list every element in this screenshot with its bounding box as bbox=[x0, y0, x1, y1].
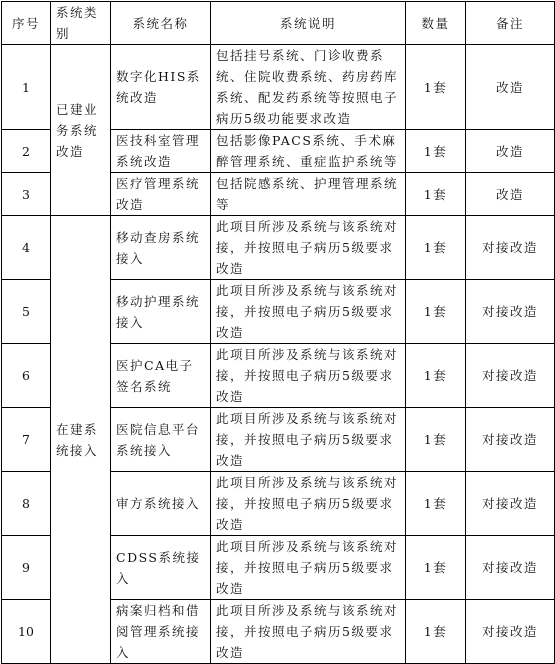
seq-cell: 6 bbox=[2, 344, 51, 408]
header-seq: 序号 bbox=[2, 2, 51, 45]
systems-table: 序号 系统类别 系统名称 系统说明 数量 备注 1 已建业务系统改造 数字化HI… bbox=[1, 1, 555, 655]
seq-cell: 1 bbox=[2, 45, 51, 130]
category-cell: 已建业务系统改造 bbox=[51, 45, 111, 216]
desc-cell: 此项目所涉及系统与该系统对接，并按照电子病历5级要求改造 bbox=[211, 216, 406, 280]
desc-cell: 此项目所涉及系统与该系统对接，并按照电子病历5级要求改造 bbox=[211, 344, 406, 408]
seq-cell: 8 bbox=[2, 472, 51, 536]
name-cell: 审方系统接入 bbox=[111, 472, 211, 536]
seq-cell: 4 bbox=[2, 216, 51, 280]
seq-cell: 10 bbox=[2, 600, 51, 656]
desc-cell: 包括挂号系统、门诊收费系统、住院收费系统、药房药库系统、配发药系统等按照电子病历… bbox=[211, 45, 406, 130]
seq-cell: 9 bbox=[2, 536, 51, 600]
name-cell: 医疗管理系统改造 bbox=[111, 173, 211, 216]
header-row: 序号 系统类别 系统名称 系统说明 数量 备注 bbox=[2, 2, 555, 45]
seq-cell: 2 bbox=[2, 130, 51, 173]
note-cell: 对接改造 bbox=[466, 280, 555, 344]
qty-cell: 1套 bbox=[406, 344, 466, 408]
name-cell: 数字化HIS系统改造 bbox=[111, 45, 211, 130]
name-cell: 医护CA电子签名系统 bbox=[111, 344, 211, 408]
note-cell: 改造 bbox=[466, 173, 555, 216]
header-category: 系统类别 bbox=[51, 2, 111, 45]
seq-cell: 3 bbox=[2, 173, 51, 216]
header-name: 系统名称 bbox=[111, 2, 211, 45]
qty-cell: 1套 bbox=[406, 536, 466, 600]
name-cell: 移动护理系统接入 bbox=[111, 280, 211, 344]
name-cell: CDSS系统接入 bbox=[111, 536, 211, 600]
name-cell: 病案归档和借阅管理系统接入 bbox=[111, 600, 211, 656]
note-cell: 对接改造 bbox=[466, 344, 555, 408]
note-cell: 对接改造 bbox=[466, 216, 555, 280]
desc-cell: 包括院感系统、护理管理系统等 bbox=[211, 173, 406, 216]
header-desc: 系统说明 bbox=[211, 2, 406, 45]
seq-cell: 5 bbox=[2, 280, 51, 344]
note-cell: 对接改造 bbox=[466, 408, 555, 472]
desc-cell: 此项目所涉及系统与该系统对接，并按照电子病历5级要求改造 bbox=[211, 408, 406, 472]
qty-cell: 1套 bbox=[406, 45, 466, 130]
qty-cell: 1套 bbox=[406, 280, 466, 344]
desc-cell: 此项目所涉及系统与该系统对接，并按照电子病历5级要求改造 bbox=[211, 280, 406, 344]
note-cell: 对接改造 bbox=[466, 600, 555, 656]
name-cell: 医技科室管理系统改造 bbox=[111, 130, 211, 173]
table-row: 4 在建系统接入 移动查房系统接入 此项目所涉及系统与该系统对接，并按照电子病历… bbox=[2, 216, 555, 280]
qty-cell: 1套 bbox=[406, 408, 466, 472]
category-cell: 在建系统接入 bbox=[51, 216, 111, 656]
header-qty: 数量 bbox=[406, 2, 466, 45]
qty-cell: 1套 bbox=[406, 216, 466, 280]
desc-cell: 此项目所涉及系统与该系统对接，并按照电子病历5级要求改造 bbox=[211, 600, 406, 656]
desc-cell: 此项目所涉及系统与该系统对接，并按照电子病历5级要求改造 bbox=[211, 472, 406, 536]
note-cell: 改造 bbox=[466, 130, 555, 173]
qty-cell: 1套 bbox=[406, 173, 466, 216]
qty-cell: 1套 bbox=[406, 130, 466, 173]
name-cell: 移动查房系统接入 bbox=[111, 216, 211, 280]
note-cell: 对接改造 bbox=[466, 472, 555, 536]
header-note: 备注 bbox=[466, 2, 555, 45]
qty-cell: 1套 bbox=[406, 600, 466, 656]
qty-cell: 1套 bbox=[406, 472, 466, 536]
name-cell: 医院信息平台系统接入 bbox=[111, 408, 211, 472]
note-cell: 改造 bbox=[466, 45, 555, 130]
desc-cell: 包括影像PACS系统、手术麻醉管理系统、重症监护系统等 bbox=[211, 130, 406, 173]
note-cell: 对接改造 bbox=[466, 536, 555, 600]
desc-cell: 此项目所涉及系统与该系统对接，并按照电子病历5级要求改造 bbox=[211, 536, 406, 600]
seq-cell: 7 bbox=[2, 408, 51, 472]
table-row: 1 已建业务系统改造 数字化HIS系统改造 包括挂号系统、门诊收费系统、住院收费… bbox=[2, 45, 555, 130]
